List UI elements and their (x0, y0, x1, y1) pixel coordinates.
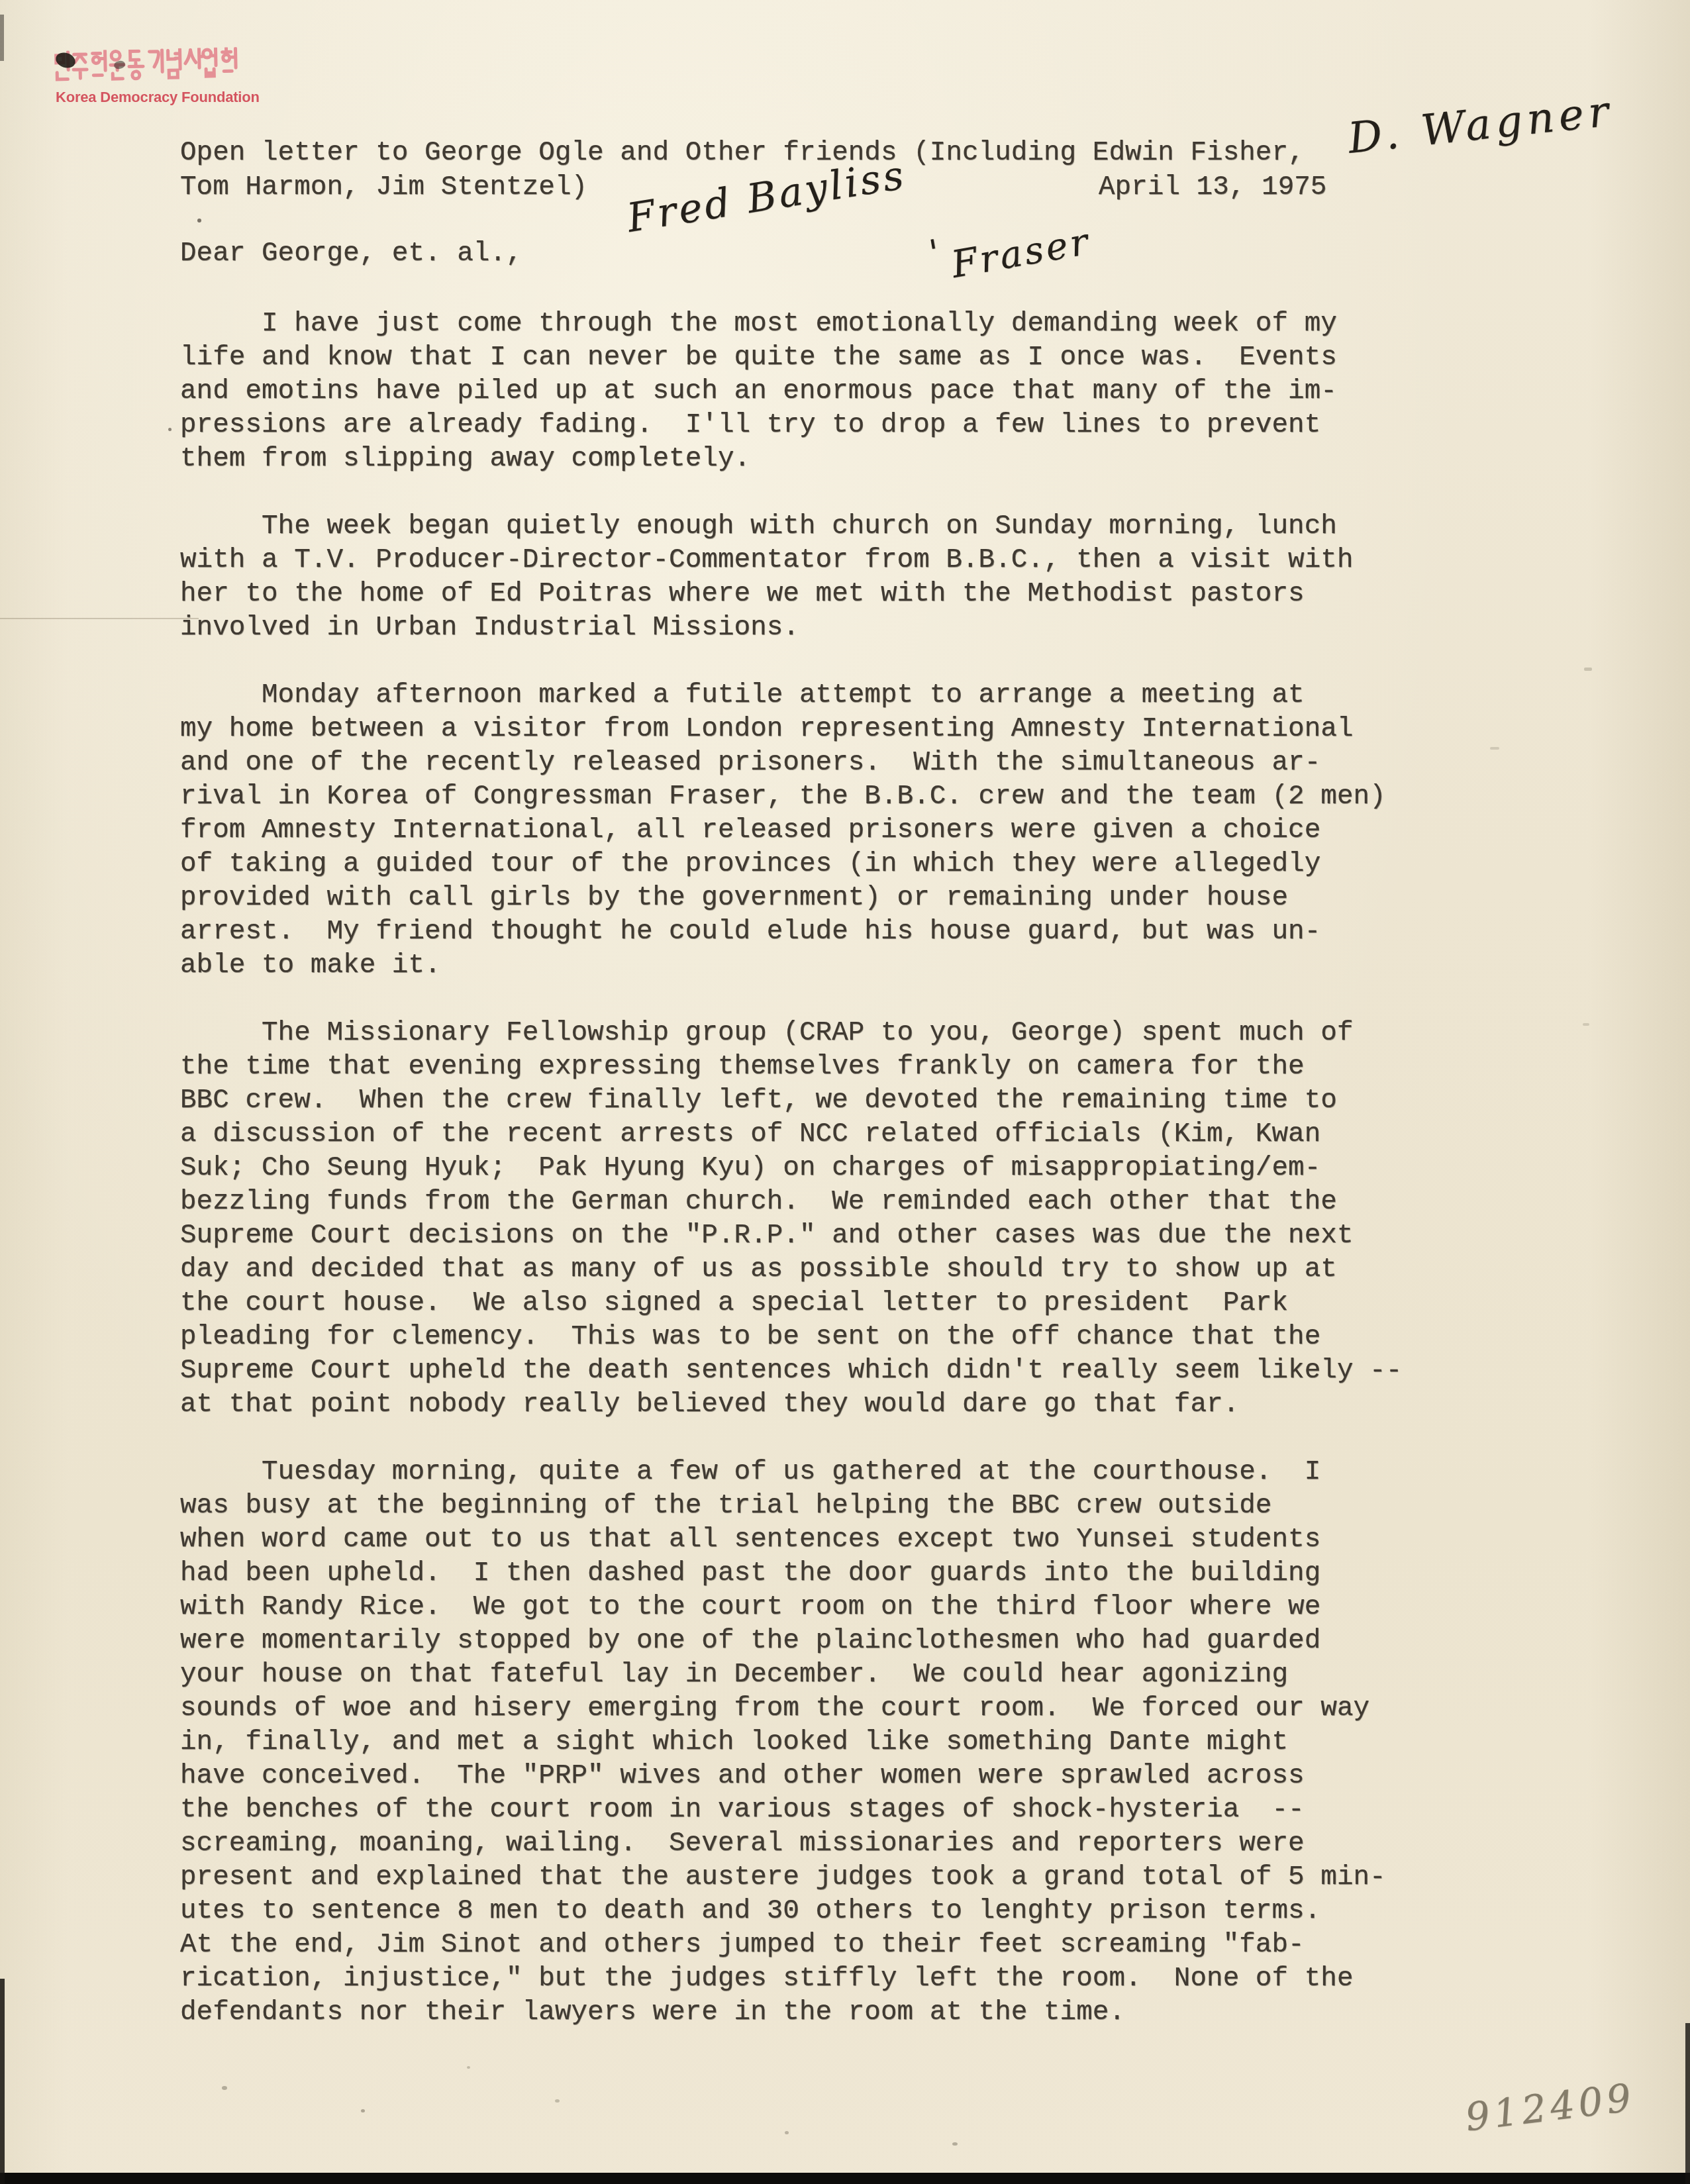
letter-line: was busy at the beginning of the trial h… (180, 1489, 1271, 1523)
stray-type-dot (168, 428, 172, 431)
letter-line: involved in Urban Industrial Missions. (180, 611, 799, 645)
letter-line: pressions are already fading. I'll try t… (180, 409, 1320, 442)
letter-line: the benches of the court room in various… (180, 1793, 1305, 1827)
letter-line: have conceived. The "PRP" wives and othe… (180, 1760, 1305, 1793)
korean-calligraphy-logo-icon (54, 47, 242, 84)
letter-line: had been upheld. I then dashed past the … (180, 1557, 1320, 1591)
scanned-letter-page: Korea Democracy Foundation Open letter t… (0, 0, 1690, 2184)
letter-line: sounds of woe and hisery emerging from t… (180, 1692, 1369, 1726)
scan-edge-right (1685, 2023, 1690, 2184)
letter-line: them from slipping away completely. (180, 442, 750, 476)
scan-edge-left-top (0, 15, 4, 61)
letter-line: of taking a guided tour of the provinces… (180, 848, 1320, 881)
handwritten-name-fraser: Fraser (948, 220, 1094, 287)
letter-title-line2: Tom Harmon, Jim Stentzel) (180, 171, 587, 205)
letter-line: At the end, Jim Sinot and others jumped … (180, 1928, 1305, 1962)
handwritten-name-d-wagner: D. Wagner (1346, 87, 1615, 164)
letter-line: and emotins have piled up at such an eno… (180, 375, 1337, 409)
letter-line: at that point nobody really believed the… (180, 1388, 1239, 1422)
letter-line: pleading for clemency. This was to be se… (180, 1320, 1320, 1354)
scan-speck (1584, 668, 1592, 671)
archive-number-pencil: 912409 (1463, 2075, 1638, 2140)
stray-type-dot (197, 219, 201, 223)
letter-line: were momentarily stopped by one of the p… (180, 1624, 1320, 1658)
scan-edge-left (0, 1979, 5, 2184)
letter-line: when word came out to us that all senten… (180, 1523, 1320, 1557)
letter-line: arrest. My friend thought he could elude… (180, 915, 1320, 949)
scan-speck (785, 2131, 789, 2134)
scan-speck (222, 2086, 227, 2090)
scan-speck (361, 2109, 365, 2112)
letter-line: I have just come through the most emotio… (180, 307, 1337, 341)
scan-speck (1583, 1023, 1589, 1026)
letter-line: and one of the recently released prisone… (180, 746, 1320, 780)
letter-line: Supreme Court upheld the death sentences… (180, 1354, 1402, 1388)
scan-edge-bottom (0, 2173, 1690, 2184)
paper-crease (0, 618, 199, 619)
letter-line: with a T.V. Producer-Director-Commentato… (180, 544, 1354, 577)
letter-line: day and decided that as many of us as po… (180, 1253, 1337, 1287)
letter-line: screaming, moaning, wailing. Several mis… (180, 1827, 1305, 1861)
letter-salutation: Dear George, et. al., (180, 237, 522, 271)
letter-line: utes to sentence 8 men to death and 30 o… (180, 1895, 1320, 1928)
scan-speck (555, 2099, 560, 2103)
letter-line: BBC crew. When the crew finally left, we… (180, 1084, 1337, 1118)
letter-line: the court house. We also signed a specia… (180, 1287, 1288, 1320)
letter-line: able to make it. (180, 949, 441, 983)
handwritten-apostrophe-mark: ' (926, 232, 942, 273)
letter-line: rication, injustice," but the judges sti… (180, 1962, 1354, 1996)
letter-line: bezzling funds from the German church. W… (180, 1185, 1337, 1219)
letter-line: her to the home of Ed Poitras where we m… (180, 577, 1305, 611)
letter-line: Tuesday morning, quite a few of us gathe… (180, 1456, 1320, 1489)
letter-title-line1: Open letter to George Ogle and Other fri… (180, 136, 1305, 170)
letter-date: April 13, 1975 (1099, 171, 1326, 205)
letter-line: with Randy Rice. We got to the court roo… (180, 1591, 1320, 1624)
letter-line: the time that evening expressing themsel… (180, 1050, 1305, 1084)
letter-line: from Amnesty International, all released… (180, 814, 1320, 848)
letter-line: rival in Korea of Congressman Fraser, th… (180, 780, 1386, 814)
archive-logo: Korea Democracy Foundation (54, 49, 253, 110)
letter-line: provided with call girls by the governme… (180, 881, 1288, 915)
letter-line: The week began quietly enough with churc… (180, 510, 1337, 544)
letter-line: your house on that fateful lay in Decemb… (180, 1658, 1288, 1692)
letter-line: life and know that I can never be quite … (180, 341, 1337, 375)
letter-line: The Missionary Fellowship group (CRAP to… (180, 1017, 1354, 1050)
scan-speck (952, 2142, 958, 2146)
letter-line: defendants nor their lawyers were in the… (180, 1996, 1125, 2030)
scan-speck (467, 2066, 470, 2069)
letter-line: my home between a visitor from London re… (180, 713, 1354, 746)
letter-line: a discussion of the recent arrests of NC… (180, 1118, 1320, 1152)
letter-line: in, finally, and met a sight which looke… (180, 1726, 1288, 1760)
letter-line: Monday afternoon marked a futile attempt… (180, 679, 1305, 713)
letter-line: present and explained that the austere j… (180, 1861, 1386, 1895)
archive-logo-english-name: Korea Democracy Foundation (56, 89, 260, 106)
letter-line: Suk; Cho Seung Hyuk; Pak Hyung Kyu) on c… (180, 1152, 1320, 1185)
letter-line: Supreme Court decisions on the "P.R.P." … (180, 1219, 1354, 1253)
scan-speck (1490, 747, 1499, 750)
